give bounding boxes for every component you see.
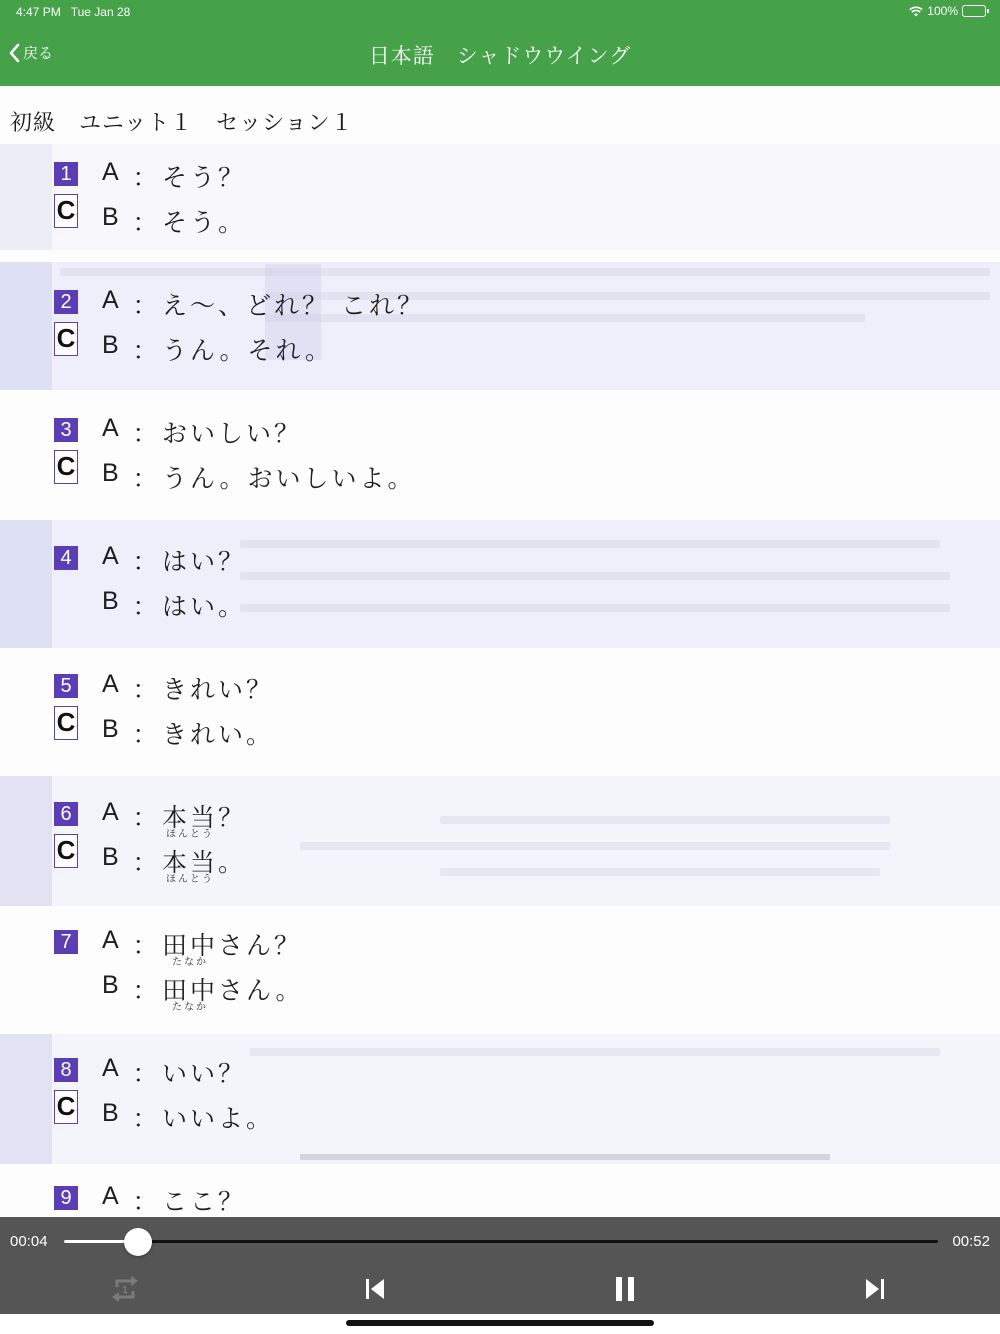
line-a: A：本当ほんとう？ [102,798,246,834]
speaker-label: A [102,1054,128,1083]
line-text: 。 [218,848,246,877]
line-text: さん？ [218,931,302,960]
line-text: はい？ [162,542,246,578]
speaker-label: A [102,158,128,187]
page-shading [0,776,1000,906]
line-b: B：はい。 [102,587,246,623]
nav-title: 日本語 シャドウウイング [0,40,1000,70]
item-number-badge: 8 [54,1058,78,1082]
total-time: 00:52 [952,1233,990,1250]
speaker-label: B [102,715,128,744]
page-title: 初級 ユニット１ セッション１ [10,106,354,137]
slider-thumb[interactable] [124,1228,152,1256]
app-header: 4:47 PM Tue Jan 28 100% 戻る 日本語 シャドウウイング [0,0,1000,86]
speaker-label: B [102,587,128,616]
colon-separator: ： [128,331,162,367]
c-marker: C [54,834,78,868]
item-number-badge: 3 [54,418,78,442]
colon-separator: ： [128,1054,162,1090]
item-number-badge: 7 [54,930,78,954]
kanji-with-furigana: 田中たなか [162,926,218,962]
line-a: A：え～、どれ？ これ？ [102,286,425,322]
progress-slider[interactable] [64,1240,938,1243]
status-bar: 4:47 PM Tue Jan 28 100% [0,0,1000,24]
line-b: B：きれい。 [102,715,274,751]
c-marker: C [54,194,78,228]
line-a: A：いい？ [102,1054,246,1090]
skip-previous-icon [364,1277,386,1301]
page-shading [0,520,1000,648]
line-text: そう。 [162,203,246,239]
speaker-label: B [102,459,128,488]
c-marker: C [54,1090,78,1124]
line-a: A：田中たなかさん？ [102,926,302,962]
kanji-with-furigana: 本当ほんとう [162,843,218,879]
line-text: さん。 [218,976,304,1005]
c-marker: C [54,322,78,356]
colon-separator: ： [128,670,162,706]
svg-text:1: 1 [122,1285,128,1296]
furigana: たなか [162,953,218,968]
speaker-label: A [102,1182,128,1211]
line-text: え～、どれ？ これ？ [162,286,425,322]
colon-separator: ： [128,587,162,623]
line-text: いい？ [162,1054,246,1090]
line-text: そう？ [162,158,246,194]
colon-separator: ： [128,971,162,1007]
item-number-badge: 5 [54,674,78,698]
line-b: B：うん。おいしいよ。 [102,459,416,495]
status-indicators: 100% [909,4,986,18]
line-text: 田中たなかさん？ [162,926,302,962]
kanji-with-furigana: 田中たなか [162,971,218,1007]
speaker-label: B [102,331,128,360]
current-time: 00:04 [10,1233,48,1250]
line-text: うん。おいしいよ。 [162,459,416,495]
furigana: ほんとう [162,825,218,840]
speaker-label: B [102,971,128,1000]
line-b: B：うん。それ。 [102,331,333,367]
colon-separator: ： [128,203,162,239]
home-indicator[interactable] [346,1320,654,1326]
audio-player: 00:04 00:52 1 [0,1217,1000,1314]
colon-separator: ： [128,158,162,194]
line-text: おいしい？ [162,414,302,450]
battery-percent: 100% [927,4,958,18]
colon-separator: ： [128,286,162,322]
skip-next-icon [864,1277,886,1301]
pause-button[interactable] [605,1271,645,1307]
furigana: ほんとう [162,870,218,885]
pause-icon [614,1276,636,1302]
page-shading [0,262,1000,390]
repeat-one-icon: 1 [109,1273,141,1305]
item-number-badge: 1 [54,162,78,186]
item-number-badge: 9 [54,1186,78,1210]
colon-separator: ： [128,542,162,578]
line-text: きれい？ [162,670,274,706]
colon-separator: ： [128,798,162,834]
speaker-label: A [102,542,128,571]
line-text: 本当ほんとう？ [162,798,246,834]
line-b: B：そう。 [102,203,246,239]
c-marker: C [54,450,78,484]
furigana: たなか [162,998,218,1013]
speaker-label: B [102,203,128,232]
speaker-label: B [102,843,128,872]
previous-button[interactable] [355,1271,395,1307]
colon-separator: ： [128,1182,162,1217]
next-button[interactable] [855,1271,895,1307]
line-text: うん。それ。 [162,331,333,367]
speaker-label: A [102,414,128,443]
repeat-one-button[interactable]: 1 [105,1271,145,1307]
line-b: B：田中たなかさん。 [102,971,304,1007]
speaker-label: B [102,1099,128,1128]
speaker-label: A [102,286,128,315]
battery-icon [962,5,986,17]
line-text: いいよ。 [162,1099,274,1135]
line-a: A：おいしい？ [102,414,302,450]
line-text: ？ [218,803,246,832]
colon-separator: ： [128,843,162,879]
line-a: A：ここ？ [102,1182,246,1217]
line-b: B：いいよ。 [102,1099,274,1135]
c-marker: C [54,706,78,740]
line-a: A：はい？ [102,542,246,578]
colon-separator: ： [128,459,162,495]
colon-separator: ： [128,1099,162,1135]
item-number-badge: 2 [54,290,78,314]
kanji-with-furigana: 本当ほんとう [162,798,218,834]
item-number-badge: 6 [54,802,78,826]
line-text: 田中たなかさん。 [162,971,304,1007]
colon-separator: ： [128,414,162,450]
wifi-icon [909,6,923,17]
line-text: ここ？ [162,1182,246,1217]
colon-separator: ： [128,715,162,751]
line-text: はい。 [162,587,246,623]
status-time: 4:47 PM Tue Jan 28 [16,5,130,19]
line-a: A：きれい？ [102,670,274,706]
line-b: B：本当ほんとう。 [102,843,246,879]
line-text: きれい。 [162,715,274,751]
line-text: 本当ほんとう。 [162,843,246,879]
speaker-label: A [102,926,128,955]
speaker-label: A [102,670,128,699]
line-a: A：そう？ [102,158,246,194]
item-number-badge: 4 [54,546,78,570]
lesson-page[interactable]: 初級 ユニット１ セッション１ 1 C A：そう？ B：そう。 2 C A：え～… [0,86,1000,1217]
colon-separator: ： [128,926,162,962]
speaker-label: A [102,798,128,827]
